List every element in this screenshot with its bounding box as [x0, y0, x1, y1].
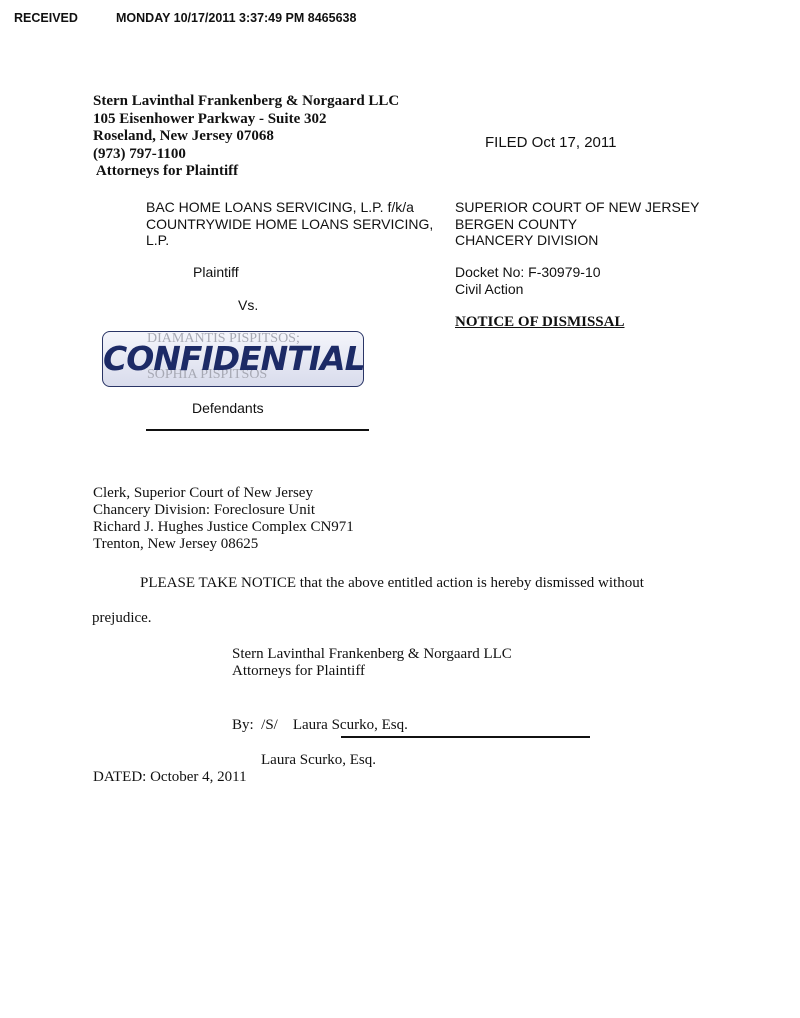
body-line-2: prejudice. — [92, 610, 152, 627]
body-line-1: PLEASE TAKE NOTICE that the above entitl… — [140, 575, 644, 592]
plaintiff-label: Plaintiff — [193, 264, 239, 281]
signature-role: Attorneys for Plaintiff — [232, 663, 365, 680]
defendants-label: Defendants — [192, 400, 264, 417]
plaintiff-name-line: COUNTRYWIDE HOME LOANS SERVICING, — [146, 216, 433, 233]
signature-line — [341, 736, 590, 738]
firm-city: Roseland, New Jersey 07068 — [93, 128, 399, 146]
document-title: NOTICE OF DISMISSAL — [455, 314, 624, 331]
firm-street: 105 Eisenhower Parkway - Suite 302 — [93, 111, 399, 129]
versus-label: Vs. — [238, 297, 258, 314]
addressee-block: Clerk, Superior Court of New Jersey Chan… — [93, 485, 354, 553]
signer-name: Laura Scurko, Esq. — [261, 752, 376, 769]
addressee-line: Clerk, Superior Court of New Jersey — [93, 485, 354, 502]
fax-received-label: RECEIVED — [14, 11, 78, 25]
court-name: SUPERIOR COURT OF NEW JERSEY — [455, 199, 700, 216]
plaintiff-name-line: L.P. — [146, 232, 433, 249]
dated-line: DATED: October 4, 2011 — [93, 769, 247, 786]
plaintiff-name: BAC HOME LOANS SERVICING, L.P. f/k/a COU… — [146, 199, 433, 249]
filed-stamp: FILED Oct 17, 2011 — [485, 134, 616, 151]
docket-number: Docket No: F-30979-10 — [455, 264, 601, 281]
action-type: Civil Action — [455, 281, 523, 298]
firm-role: Attorneys for Plaintiff — [93, 163, 399, 181]
fax-timestamp: MONDAY 10/17/2011 3:37:49 PM 8465638 — [116, 11, 356, 25]
firm-header-block: Stern Lavinthal Frankenberg & Norgaard L… — [93, 93, 399, 181]
signature-by-line: By: /S/ Laura Scurko, Esq. — [232, 717, 408, 734]
addressee-line: Chancery Division: Foreclosure Unit — [93, 502, 354, 519]
court-block: SUPERIOR COURT OF NEW JERSEY BERGEN COUN… — [455, 199, 700, 249]
confidential-stamp-text: CONFIDENTIAL — [103, 339, 363, 378]
plaintiff-name-line: BAC HOME LOANS SERVICING, L.P. f/k/a — [146, 199, 433, 216]
addressee-line: Richard J. Hughes Justice Complex CN971 — [93, 519, 354, 536]
firm-name: Stern Lavinthal Frankenberg & Norgaard L… — [93, 93, 399, 111]
court-division: CHANCERY DIVISION — [455, 232, 700, 249]
caption-divider — [146, 429, 369, 431]
court-county: BERGEN COUNTY — [455, 216, 700, 233]
firm-phone: (973) 797-1100 — [93, 146, 399, 164]
signature-firm: Stern Lavinthal Frankenberg & Norgaard L… — [232, 646, 512, 663]
addressee-line: Trenton, New Jersey 08625 — [93, 536, 354, 553]
confidential-stamp: DIAMANTIS PISPITSOS; SOPHIA PISPITSOS CO… — [102, 331, 364, 387]
